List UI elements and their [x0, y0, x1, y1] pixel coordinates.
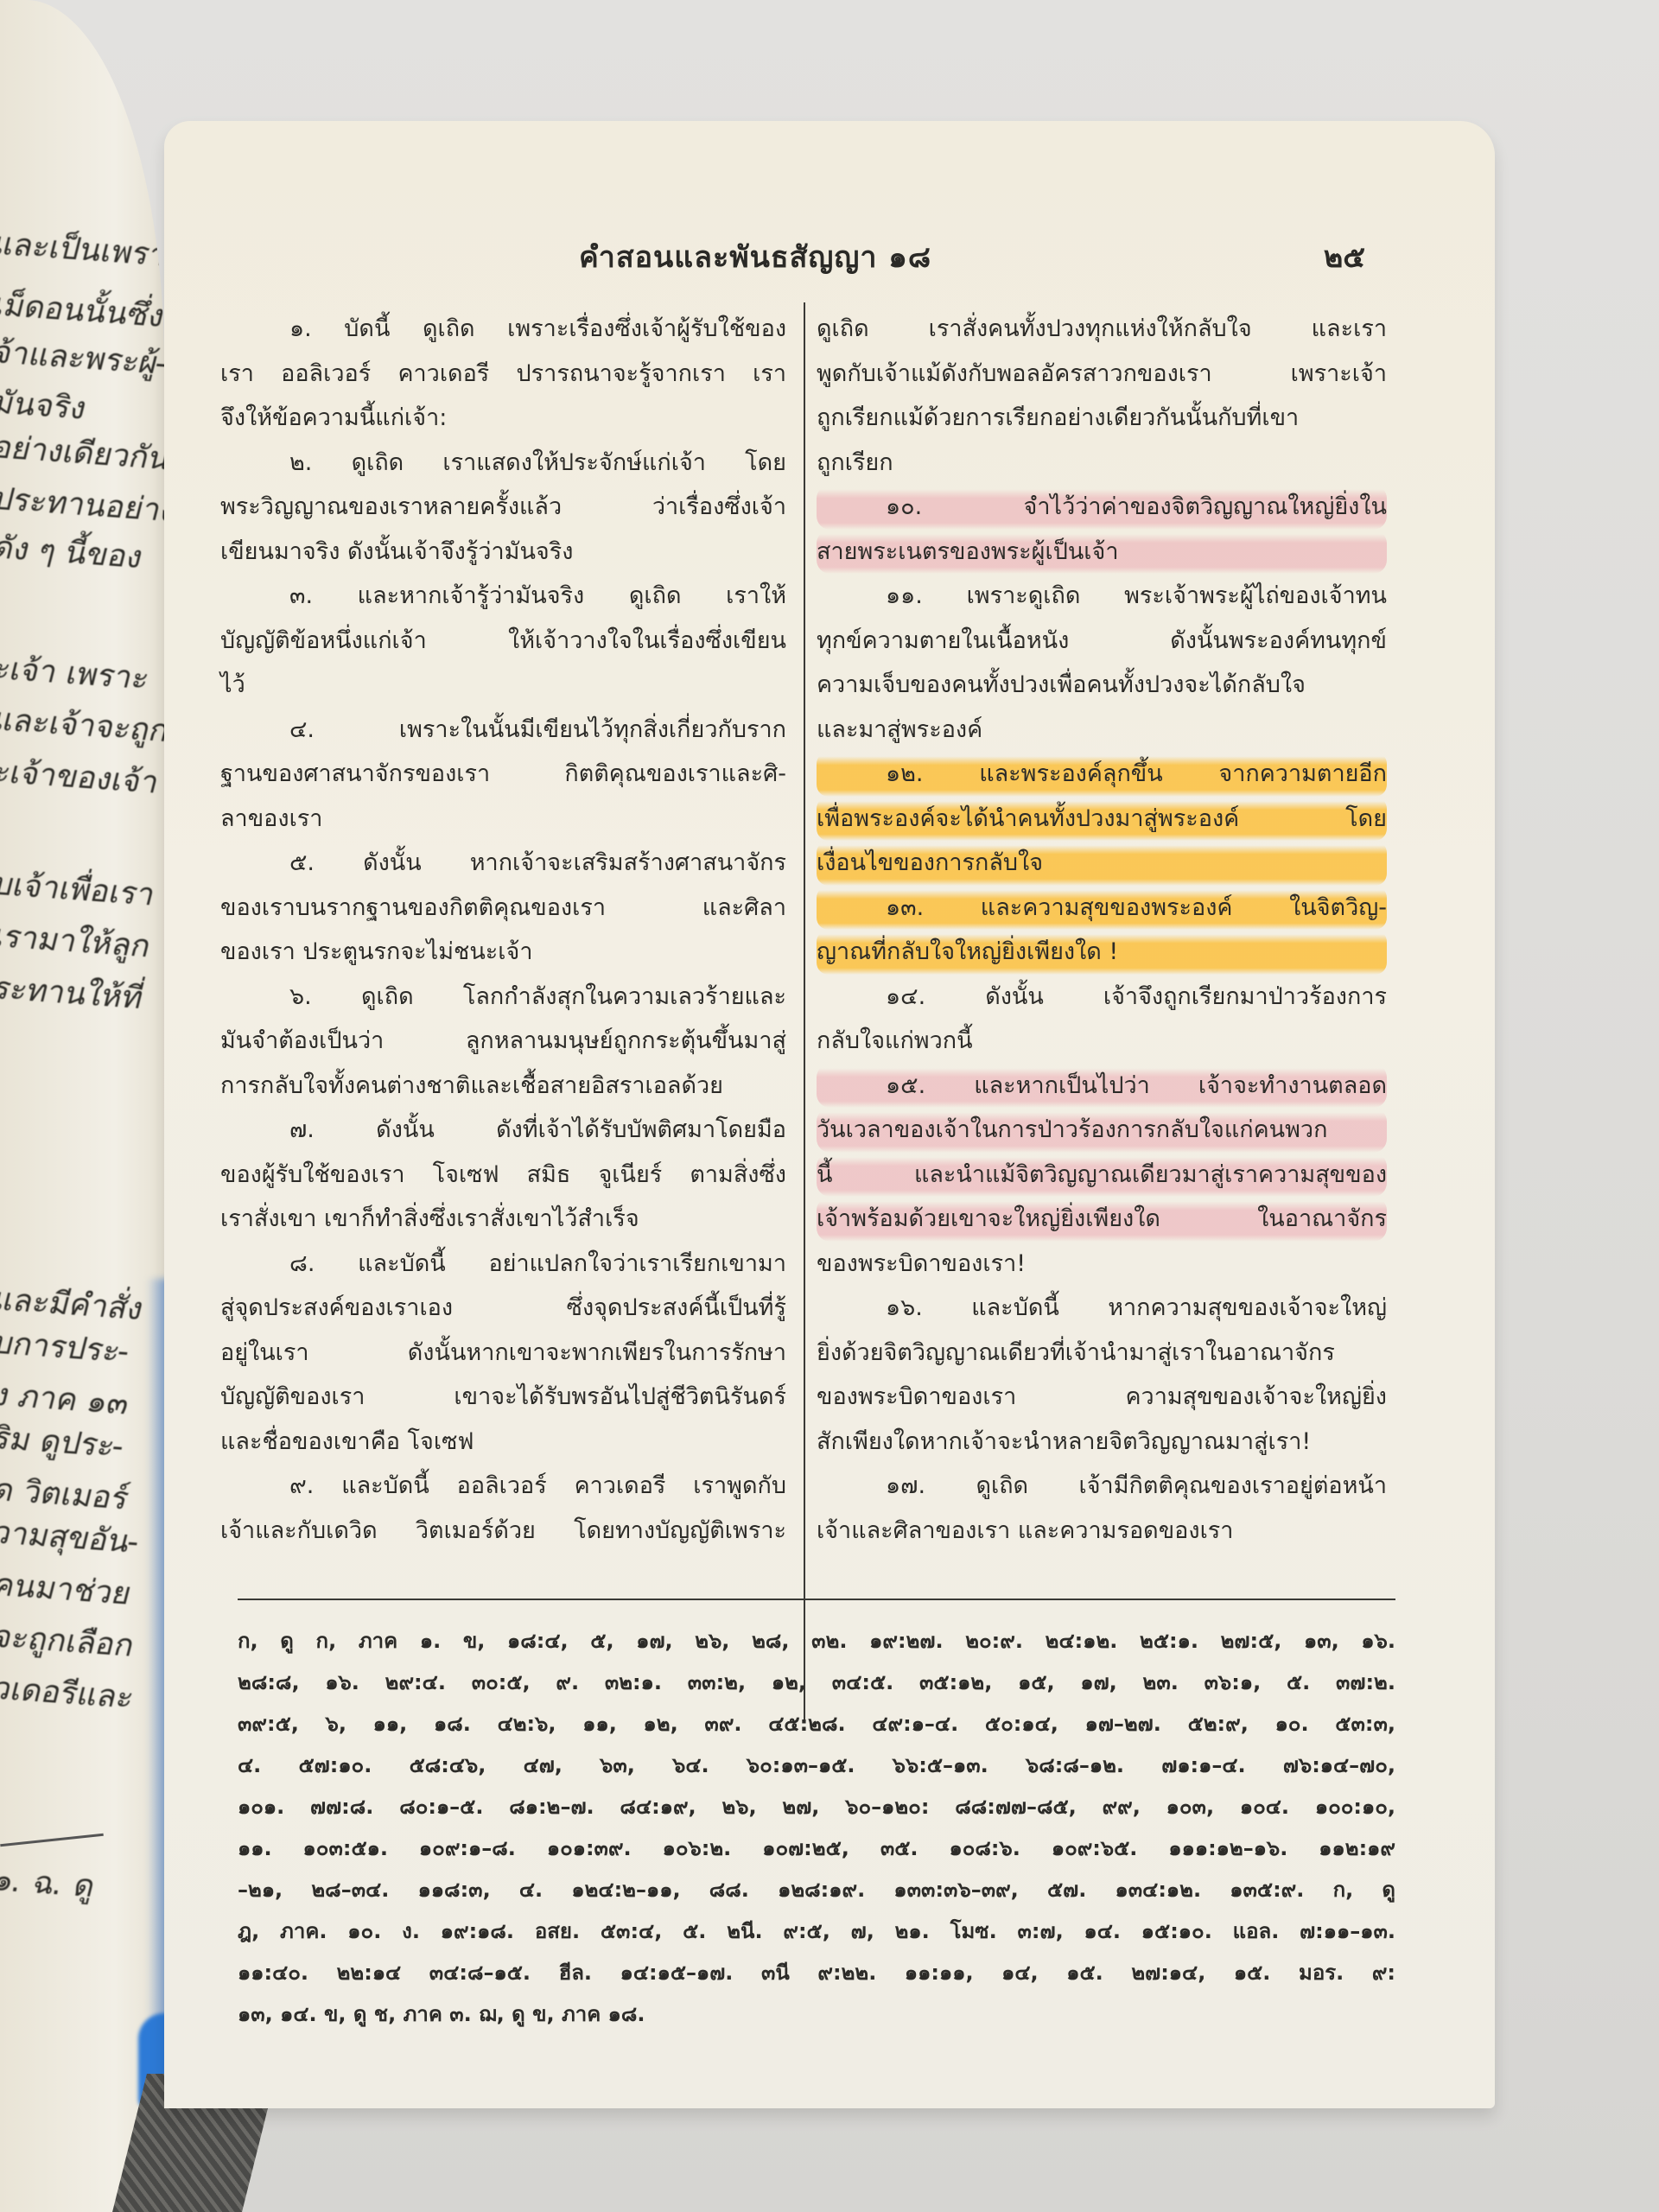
text-line: ถูกเรียกแม้ด้วยการเรียกอย่างเดียวกันนั้น…: [817, 396, 1387, 441]
text-line: สายพระเนตรของพระผู้เป็นเจ้า: [817, 530, 1387, 575]
facing-page-line: คนมาช่วย: [0, 1559, 128, 1618]
facing-page-line: เรามาให้ลูก: [0, 911, 148, 971]
text-line: ของเรา ประตูนรกจะไม่ชนะเจ้า: [220, 930, 786, 975]
footnote-line: ๑๑:๔๐. ๒๒:๑๔ ๓๔:๘–๑๕. ฮีล. ๑๔:๑๕–๑๗. ๓นี…: [238, 1952, 1395, 1993]
text-line: ๗. ดังนั้น ดังที่เจ้าได้รับบัพติศมาโดยมื…: [220, 1108, 786, 1153]
text-line: ๑๖. และบัดนี้ หากความสุขของเจ้าจะใหญ่: [817, 1286, 1387, 1331]
facing-page-line: วเดอรีและ: [0, 1662, 130, 1721]
facing-page-line: ๑. ฉ. ดู: [0, 1854, 92, 1910]
text-line: ๕. ดังนั้น หากเจ้าจะเสริมสร้างศาสนาจักร: [220, 841, 786, 886]
text-line: มันจำต้องเป็นว่า ลูกหลานมนุษย์ถูกกระตุ้น…: [220, 1019, 786, 1064]
text-line: สักเพียงใดหากเจ้าจะนำหลายจิตวิญญาณมาสู่เ…: [817, 1420, 1387, 1465]
text-line: ลาของเรา: [220, 797, 786, 842]
text-line: ถูกเรียก: [817, 441, 1387, 486]
text-line: พระวิญญาณของเราหลายครั้งแล้ว ว่าเรื่องซึ…: [220, 485, 786, 530]
left-column: ๑. บัดนี้ ดูเถิด เพราะเรื่องซึ่งเจ้าผู้ร…: [220, 307, 786, 1553]
facing-page-line: บเจ้าเพื่อเรา: [0, 858, 152, 918]
footnote-line: –๒๑, ๒๘–๓๔. ๑๑๘:๓, ๔. ๑๒๔:๒–๑๑, ๘๘. ๑๒๘:…: [238, 1869, 1395, 1910]
text-line: ๑๗. ดูเถิด เจ้ามีกิตติคุณของเราอยู่ต่อหน…: [817, 1464, 1387, 1509]
page-number: ๒๕: [1324, 233, 1365, 280]
text-line: ดูเถิด เราสั่งคนทั้งปวงทุกแห่งให้กลับใจ …: [817, 307, 1387, 352]
facing-page-line: ะเจ้า เพราะ: [0, 643, 146, 703]
text-line: ของพระบิดาของเรา!: [817, 1242, 1387, 1287]
text-line: อยู่ในเรา ดังนั้นหากเขาจะพากเพียรในการรั…: [220, 1331, 786, 1376]
facing-page-footnote-rule: [0, 1834, 104, 1847]
footnote-line: ๑๓, ๑๔. ข, ดู ช, ภาค ๓. ฌ, ดู ข, ภาค ๑๘.: [238, 1993, 1395, 2035]
text-line: และชื่อของเขาคือ โจเซฟ: [220, 1420, 786, 1465]
footnote-line: ๓๙:๕, ๖, ๑๑, ๑๘. ๔๒:๖, ๑๑, ๑๒, ๓๙. ๔๕:๒๘…: [238, 1703, 1395, 1745]
footnote-line: ๒๘:๘, ๑๖. ๒๙:๔. ๓๐:๕, ๙. ๓๒:๑. ๓๓:๒, ๑๒,…: [238, 1662, 1395, 1703]
text-line: ๑๓. และความสุขของพระองค์ ในจิตวิญ-: [817, 886, 1387, 931]
footnote-line: ๑๐๑. ๗๗:๘. ๘๐:๑–๕. ๘๑:๒–๗. ๘๔:๑๙, ๒๖, ๒๗…: [238, 1786, 1395, 1827]
facing-page-line: ะเจ้าของเจ้า: [0, 746, 156, 806]
facing-page-line: จะถูกเลือก: [0, 1611, 131, 1669]
text-line: บัญญัติข้อหนึ่งแก่เจ้า ให้เจ้าวางใจในเรื…: [220, 619, 786, 664]
text-line: ๓. และหากเจ้ารู้ว่ามันจริง ดูเถิด เราให้: [220, 574, 786, 619]
text-line: ๙. และบัดนี้ ออลิเวอร์ คาวเดอรี เราพูดกั…: [220, 1464, 786, 1509]
text-line: ของเราบนรากฐานของกิตติคุณของเรา และศิลา: [220, 886, 786, 931]
text-line: ๑๔. ดังนั้น เจ้าจึงถูกเรียกมาป่าวร้องการ: [817, 975, 1387, 1020]
book-page: คำสอนและพันธสัญญา ๑๘ ๒๕ ๑. บัดนี้ ดูเถิด…: [164, 121, 1495, 2108]
text-line: จึงให้ข้อความนี้แก่เจ้า:: [220, 396, 786, 441]
text-line: นี้ และนำแม้จิตวิญญาณเดียวมาสู่เราความสุ…: [817, 1153, 1387, 1198]
text-line: ญาณที่กลับใจใหญ่ยิ่งเพียงใด !: [817, 930, 1387, 975]
text-line: เราสั่งเขา เขาก็ทำสิ่งซึ่งเราสั่งเขาไว้ส…: [220, 1197, 786, 1242]
facing-page-line: ริม ดูประ-: [0, 1413, 123, 1471]
text-line: เจ้าพร้อมด้วยเขาจะใหญ่ยิ่งเพียงใด ในอาณา…: [817, 1197, 1387, 1242]
text-line: ยิ่งด้วยจิตวิญญาณเดียวที่เจ้านำมาสู่เราใ…: [817, 1331, 1387, 1376]
column-divider: [804, 302, 805, 1719]
text-line: ๒. ดูเถิด เราแสดงให้ประจักษ์แก่เจ้า โดย: [220, 441, 786, 486]
footnote-line: ๔. ๕๗:๑๐. ๕๘:๔๖, ๔๗, ๖๓, ๖๔. ๖๐:๑๓–๑๕. ๖…: [238, 1745, 1395, 1786]
facing-page-line: บการประ-: [0, 1317, 129, 1376]
footnote-line: ก, ดู ก, ภาค ๑. ข, ๑๘:๔, ๕, ๑๗, ๒๖, ๒๘, …: [238, 1620, 1395, 1662]
facing-page-line: วามสุขอัน-: [0, 1507, 138, 1567]
text-line: เพื่อพระองค์จะได้นำคนทั้งปวงมาสู่พระองค์…: [817, 797, 1387, 842]
text-line: พูดกับเจ้าแม้ดังกับพอลอัครสาวกของเรา เพร…: [817, 352, 1387, 397]
facing-page-line: ดัง ๆ นี้ของ: [0, 522, 140, 582]
text-line: เจ้าและกับเดวิด วิตเมอร์ด้วย โดยทางบัญญั…: [220, 1509, 786, 1554]
facing-page-line: อย่างเดียวกัน: [0, 422, 164, 483]
text-line: ๑๐. จำไว้ว่าค่าของจิตวิญญาณใหญ่ยิ่งใน: [817, 485, 1387, 530]
footnote-rule: [238, 1599, 1395, 1600]
text-line: บัญญัติของเรา เขาจะได้รับพรอันไปสู่ชีวิต…: [220, 1375, 786, 1420]
text-line: การกลับใจทั้งคนต่างชาติและเชื้อสายอิสราเ…: [220, 1064, 786, 1109]
text-line: ๔. เพราะในนั้นมีเขียนไว้ทุกสิ่งเกี่ยวกับ…: [220, 708, 786, 753]
text-line: เจ้าและศิลาของเรา และความรอดของเรา: [817, 1509, 1387, 1554]
footnote-line: ๑๑. ๑๐๓:๕๑. ๑๐๙:๑–๘. ๑๐๑:๓๙. ๑๐๖:๒. ๑๐๗:…: [238, 1827, 1395, 1869]
text-line: ของผู้รับใช้ของเรา โจเซฟ สมิธ จูเนียร์ ต…: [220, 1153, 786, 1198]
text-line: กลับใจแก่พวกนี้: [817, 1019, 1387, 1064]
facing-page-line: และเจ้าจะถูก: [0, 694, 164, 755]
text-line: ๑. บัดนี้ ดูเถิด เพราะเรื่องซึ่งเจ้าผู้ร…: [220, 307, 786, 352]
text-line: ๑๑. เพราะดูเถิด พระเจ้าพระผู้ไถ่ของเจ้าท…: [817, 574, 1387, 619]
text-line: วันเวลาของเจ้าในการป่าวร้องการกลับใจแก่ค…: [817, 1108, 1387, 1153]
footnote-line: ฎ, ภาค. ๑๐. ง. ๑๙:๑๘. อสย. ๕๓:๔, ๕. ๒นี.…: [238, 1910, 1395, 1952]
text-line: ฐานของศาสนาจักรของเรา กิตติคุณของเราและศ…: [220, 752, 786, 797]
right-column: ดูเถิด เราสั่งคนทั้งปวงทุกแห่งให้กลับใจ …: [817, 307, 1387, 1553]
footnotes: ก, ดู ก, ภาค ๑. ข, ๑๘:๔, ๕, ๑๗, ๒๖, ๒๘, …: [238, 1620, 1395, 2035]
facing-page-line: ระทานให้ที่: [0, 963, 140, 1022]
running-head: คำสอนและพันธสัญญา ๑๘: [579, 233, 931, 280]
text-line: เงื่อนไขของการกลับใจ: [817, 841, 1387, 886]
text-line: สู่จุดประสงค์ของเราเอง ซึ่งจุดประสงค์นี้…: [220, 1286, 786, 1331]
text-line: และมาสู่พระองค์: [817, 708, 1387, 753]
text-line: ๘. และบัดนี้ อย่าแปลกใจว่าเราเรียกเขามา: [220, 1242, 786, 1287]
text-line: ไว้: [220, 663, 786, 708]
text-line: ๑๒. และพระองค์ลุกขึ้น จากความตายอีก: [817, 752, 1387, 797]
text-line: ความเจ็บของคนทั้งปวงเพื่อคนทั้งปวงจะได้ก…: [817, 663, 1387, 708]
text-line: ๑๕. และหากเป็นไปว่า เจ้าจะทำงานตลอด: [817, 1064, 1387, 1109]
facing-page: และเป็นเพราะเม็ดอนนั้นซึ่งจ้าและพระผู้-ม…: [0, 0, 164, 2212]
text-line: เขียนมาจริง ดังนั้นเจ้าจึงรู้ว่ามันจริง: [220, 530, 786, 575]
text-line: ของพระบิดาของเรา ความสุขของเจ้าจะใหญ่ยิ่…: [817, 1375, 1387, 1420]
text-line: ๖. ดูเถิด โลกกำลังสุกในความเลวร้ายและ: [220, 975, 786, 1020]
text-line: เรา ออลิเวอร์ คาวเดอรี ปรารถนาจะรู้จากเร…: [220, 352, 786, 397]
facing-page-line: และเป็นเพราะ: [0, 218, 164, 280]
text-line: ทุกข์ความตายในเนื้อหนัง ดังนั้นพระองค์ทน…: [817, 619, 1387, 664]
